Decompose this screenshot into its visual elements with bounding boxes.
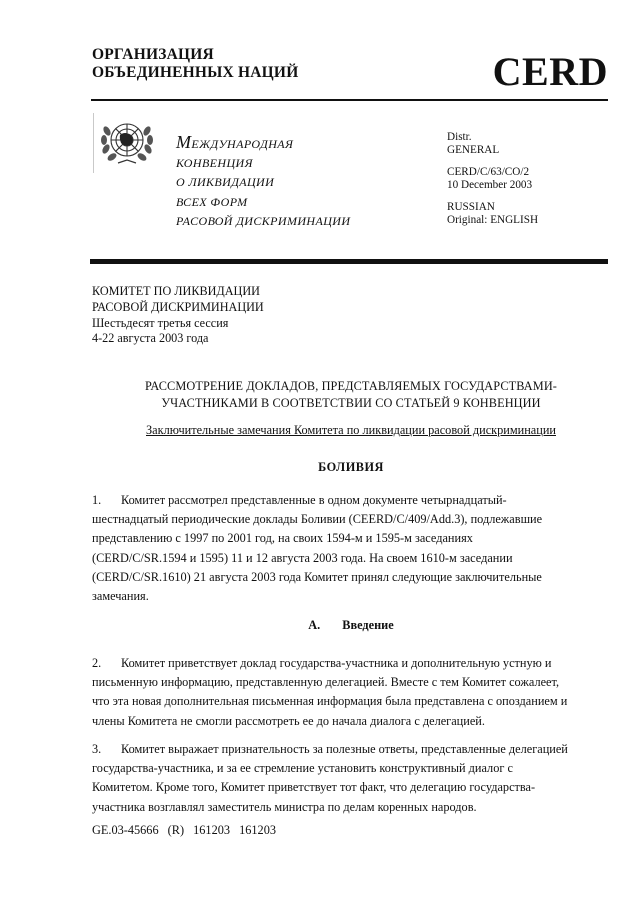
section-title: РАССМОТРЕНИЕ ДОКЛАДОВ, ПРЕДСТАВЛЯЕМЫХ ГО… xyxy=(92,378,610,412)
document-symbol: CERD/C/63/CO/2 xyxy=(447,166,538,179)
organization-line: ОРГАНИЗАЦИЯ xyxy=(92,46,298,64)
masthead-divider xyxy=(90,259,608,264)
un-emblem-icon xyxy=(98,113,156,171)
convention-title-line: РАСОВОЙ ДИСКРИМИНАЦИИ xyxy=(176,212,350,231)
concluding-observations-subtitle: Заключительные замечания Комитета по лик… xyxy=(92,422,610,438)
distribution: Distr. GENERAL xyxy=(447,131,538,156)
session-dates: 4-22 августа 2003 года xyxy=(92,331,264,347)
language-info: RUSSIAN Original: ENGLISH xyxy=(447,201,538,226)
document-date: 10 December 2003 xyxy=(447,179,538,192)
paragraph-number: 1. xyxy=(92,491,121,510)
convention-title-line: О ЛИКВИДАЦИИ xyxy=(176,173,350,192)
section-letter: A. xyxy=(308,617,342,633)
paragraph-1: 1.Комитет рассмотрел представленные в од… xyxy=(92,491,612,606)
paragraph-number: 2. xyxy=(92,654,121,673)
paragraph-3: 3.Комитет выражает признательность за по… xyxy=(92,740,612,817)
symbol-and-date: CERD/C/63/CO/2 10 December 2003 xyxy=(447,166,538,191)
committee-name-line: РАСОВОЙ ДИСКРИМИНАЦИИ xyxy=(92,300,264,316)
emblem-side-bar xyxy=(93,113,94,173)
organization-line: ОБЪЕДИНЕННЫХ НАЦИЙ xyxy=(92,64,298,82)
committee-block: КОМИТЕТ ПО ЛИКВИДАЦИИ РАСОВОЙ ДИСКРИМИНА… xyxy=(92,284,264,347)
section-a-heading: A.Введение xyxy=(92,617,610,633)
job-number-footer: GE.03-45666 (R) 161203 161203 xyxy=(92,822,276,838)
document-metadata: Distr. GENERAL CERD/C/63/CO/2 10 Decembe… xyxy=(447,131,538,236)
document-series-symbol: CERD xyxy=(493,50,608,94)
session-name: Шестьдесят третья сессия xyxy=(92,316,264,332)
section-name: Введение xyxy=(342,618,393,632)
distr-value: GENERAL xyxy=(447,144,538,157)
organization-name: ОРГАНИЗАЦИЯ ОБЪЕДИНЕННЫХ НАЦИЙ xyxy=(92,46,298,82)
original-language: Original: ENGLISH xyxy=(447,214,538,227)
convention-title-first-line: МЕЖДУНАРОДНАЯ xyxy=(176,133,350,154)
paragraph-number: 3. xyxy=(92,740,121,759)
header-divider xyxy=(91,99,608,101)
distr-label: Distr. xyxy=(447,131,538,144)
committee-name-line: КОМИТЕТ ПО ЛИКВИДАЦИИ xyxy=(92,284,264,300)
convention-title-line: ВСЕХ ФОРМ xyxy=(176,193,350,212)
paragraph-2: 2.Комитет приветствует доклад государств… xyxy=(92,654,612,731)
document-language: RUSSIAN xyxy=(447,201,538,214)
convention-title: МЕЖДУНАРОДНАЯ КОНВЕНЦИЯ О ЛИКВИДАЦИИ ВСЕ… xyxy=(176,133,350,231)
country-heading: БОЛИВИЯ xyxy=(92,459,610,475)
convention-title-line: КОНВЕНЦИЯ xyxy=(176,154,350,173)
